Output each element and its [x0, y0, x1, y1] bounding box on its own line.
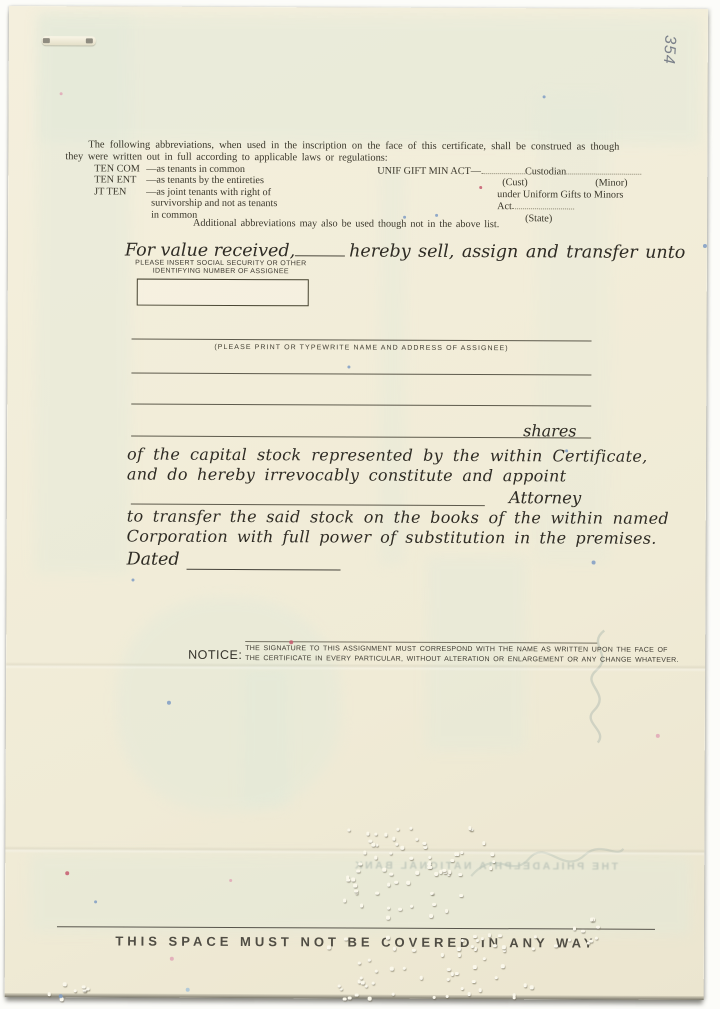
write-line [131, 404, 591, 407]
dotted-leader [566, 165, 641, 174]
punch-hole [460, 987, 463, 990]
abbr-jt-ten: JT TEN—as joint tenants with right of [94, 186, 277, 198]
abbr-term: JT TEN [94, 186, 146, 198]
abbr-jt-ten-cont: survivorship and not as tenants [94, 198, 277, 210]
staple-mark [42, 36, 96, 45]
punch-hole [348, 996, 351, 999]
abbr-def-cont: in common [151, 209, 197, 220]
punch-hole [450, 972, 453, 975]
punch-hole [478, 988, 481, 991]
paper-speck [59, 994, 63, 998]
abbr-ten-ent: TEN ENT—as tenants by the entireties [94, 175, 277, 187]
cust-minor-row: (Cust) (Minor) [377, 177, 641, 190]
attorney-label: Attorney [509, 488, 582, 507]
paper-speck [565, 449, 568, 452]
punch-hole [434, 872, 437, 875]
punch-hole [372, 981, 375, 984]
punch-hole [401, 846, 404, 849]
ghost-front-vignette [115, 596, 341, 812]
punch-hole [488, 933, 491, 936]
act-row: Act [377, 200, 641, 214]
punch-hole [358, 862, 361, 865]
line-transfer-books: to transfer the said stock on the books … [127, 507, 669, 528]
punch-hole [473, 965, 476, 968]
state-label: (State) [525, 213, 552, 224]
punch-hole [347, 828, 350, 831]
punch-hole [368, 997, 371, 1000]
line-capital-stock: of the capital stock represented by the … [127, 445, 648, 466]
punch-hole [468, 826, 471, 829]
for-value-received-text: For value received, [125, 241, 295, 262]
punch-hole [445, 909, 448, 912]
punch-hole [360, 904, 363, 907]
paper-speck [170, 957, 174, 961]
paper-speck [186, 988, 190, 992]
punch-hole [351, 878, 354, 881]
paper-speck [167, 701, 171, 705]
punch-hole [481, 937, 484, 940]
punch-hole [353, 884, 356, 887]
paper-speck [65, 871, 69, 875]
punch-hole [429, 914, 432, 917]
punch-hole [473, 935, 476, 938]
write-line [131, 436, 591, 439]
under-uniform-label: under Uniform Gifts to Minors [497, 189, 623, 201]
punch-hole [398, 908, 401, 911]
punch-hole [396, 828, 399, 831]
punch-hole [492, 860, 495, 863]
punch-hole [467, 992, 470, 995]
write-line [131, 373, 591, 376]
punch-hole [375, 843, 378, 846]
punch-hole [393, 947, 396, 950]
punch-hole [86, 987, 89, 990]
paper-speck [131, 579, 134, 582]
punch-hole [366, 832, 369, 835]
punch-hole [429, 865, 432, 868]
paper-speck [703, 244, 707, 248]
punch-hole [415, 837, 418, 840]
punch-hole [403, 966, 406, 969]
punch-hole [523, 984, 526, 987]
paper-speck [229, 879, 232, 882]
punch-hole [358, 962, 361, 965]
punch-hole [409, 827, 412, 830]
ghost-signature-flourish [467, 836, 627, 887]
punch-hole [554, 944, 557, 947]
additional-abbreviations-note: Additional abbreviations may also be use… [193, 218, 499, 230]
unif-gift-label: UNIF GIFT MIN ACT— [377, 166, 481, 178]
unif-gift-block: UNIF GIFT MIN ACT—Custodian (Cust) (Mino… [377, 165, 641, 225]
punch-hole [498, 934, 501, 937]
punch-hole [483, 957, 486, 960]
punch-hole [474, 947, 477, 950]
abbr-def: —as joint tenants with right of [146, 186, 271, 198]
punch-hole [392, 837, 395, 840]
ghost-front-title-column [426, 556, 527, 751]
custodian-label: Custodian [525, 166, 566, 178]
punch-hole [502, 946, 505, 949]
punch-hole [590, 918, 593, 921]
act-label: Act [497, 201, 512, 212]
assignee-caption: (PLEASE PRINT OR TYPEWRITE NAME AND ADDR… [131, 344, 591, 353]
abbreviations-intro: The following abbreviations, when used i… [65, 139, 659, 165]
punch-hole [424, 845, 427, 848]
punch-hole [374, 969, 377, 972]
paper-speck [94, 900, 97, 903]
punch-hole [343, 997, 346, 1000]
dotted-leader [512, 200, 574, 209]
punch-hole [344, 937, 347, 940]
paper-speck [656, 734, 660, 738]
handwritten-number: 354 [659, 35, 679, 66]
punch-hole [365, 984, 368, 987]
punch-hole [458, 953, 461, 956]
assignee-lines: (PLEASE PRINT OR TYPEWRITE NAME AND ADDR… [133, 7, 593, 9]
punch-hole [386, 916, 389, 919]
punch-hole [360, 976, 363, 979]
blank-line [295, 241, 345, 256]
paper-speck [435, 214, 438, 217]
punch-hole [82, 985, 85, 988]
hereby-sell-text: hereby sell, assign and transfer unto [345, 241, 685, 262]
punch-hole [456, 852, 459, 855]
punch-hole [459, 873, 462, 876]
punch-hole [472, 980, 475, 983]
paper-speck [592, 561, 596, 565]
punch-hole [457, 947, 460, 950]
punch-hole [581, 929, 584, 932]
shares-label: shares [523, 421, 576, 440]
attorney-line [131, 504, 485, 507]
line-constitute-appoint: and do hereby irrevocably constitute and… [127, 465, 566, 486]
punch-hole [455, 972, 458, 975]
abbr-term: TEN COM [94, 163, 146, 175]
paper-speck [289, 640, 293, 644]
punch-hole [443, 869, 446, 872]
punch-hole [412, 949, 415, 952]
punch-hole [459, 894, 462, 897]
punch-hole [356, 869, 359, 872]
punch-hole [495, 976, 498, 979]
cust-label: (Cust) [502, 178, 528, 190]
abbreviation-list: TEN COM—as tenants in common TEN ENT—as … [94, 163, 277, 221]
punch-hole [363, 851, 366, 854]
punch-hole [386, 936, 389, 939]
notice-label: NOTICE: [188, 648, 242, 662]
punch-hole [423, 842, 426, 845]
punch-hole [501, 964, 504, 967]
punch-hole [448, 870, 451, 873]
write-line [132, 339, 592, 342]
footer-warning: THIS SPACE MUST NOT BE COVERED IN ANY WA… [57, 933, 655, 951]
abbr-term: TEN ENT [94, 175, 146, 187]
minor-label: (Minor) [595, 178, 627, 190]
abbr-def: —as tenants in common [146, 164, 245, 175]
unif-gift-row: UNIF GIFT MIN ACT—Custodian [377, 165, 641, 179]
punch-hole [368, 959, 371, 962]
punch-hole [589, 939, 592, 942]
abbr-ten-com: TEN COM—as tenants in common [94, 163, 277, 175]
paper-speck [543, 95, 546, 98]
punch-hole [390, 967, 393, 970]
dated-line [187, 569, 341, 571]
punch-hole [354, 889, 357, 892]
punch-hole [596, 925, 599, 928]
punch-hole [416, 871, 419, 874]
abbr-def-cont: survivorship and not as tenants [151, 198, 277, 210]
ghost-signature-vertical [574, 626, 625, 746]
punch-hole [73, 989, 76, 992]
punch-hole [47, 992, 50, 995]
paper-speck [479, 186, 482, 189]
line-corporation-substitution: Corporation with full power of substitut… [127, 527, 657, 548]
abbr-def: —as tenants by the entireties [146, 175, 264, 187]
punch-hole [406, 881, 409, 884]
punch-hole [339, 987, 342, 990]
ssn-caption-line2: IDENTIFYING NUMBER OF ASSIGNEE [125, 268, 317, 277]
punch-hole [446, 978, 449, 981]
certificate-back: THE PHILADELPHIA NATIONAL BANK 354 The f… [5, 6, 708, 1000]
punch-hole [395, 843, 398, 846]
punch-hole [530, 986, 533, 989]
paper-speck [60, 92, 63, 95]
punch-hole [372, 843, 375, 846]
punch-hole [384, 833, 387, 836]
punch-hole [327, 946, 330, 949]
paper-speck [347, 365, 350, 368]
punch-hole [63, 982, 66, 985]
punch-hole [441, 953, 444, 956]
punch-hole [447, 968, 450, 971]
punch-hole [374, 832, 377, 835]
punch-hole [490, 852, 493, 855]
punch-hole [394, 880, 397, 883]
punch-hole [382, 868, 385, 871]
punch-hole [493, 944, 496, 947]
punch-hole [361, 981, 364, 984]
ssn-caption: PLEASE INSERT SOCIAL SECURITY OR OTHER I… [125, 260, 317, 277]
paper-speck [403, 216, 406, 219]
dotted-leader [481, 165, 525, 174]
punch-hole [420, 976, 423, 979]
punch-hole [410, 857, 413, 860]
punch-hole [374, 856, 377, 859]
punch-hole [410, 905, 413, 908]
punch-hole [387, 883, 390, 886]
punch-hole [573, 927, 576, 930]
ghost-front-left-border [35, 14, 132, 574]
punch-hole [347, 878, 350, 881]
dated-label: Dated [127, 550, 180, 570]
ssn-box [137, 279, 309, 307]
